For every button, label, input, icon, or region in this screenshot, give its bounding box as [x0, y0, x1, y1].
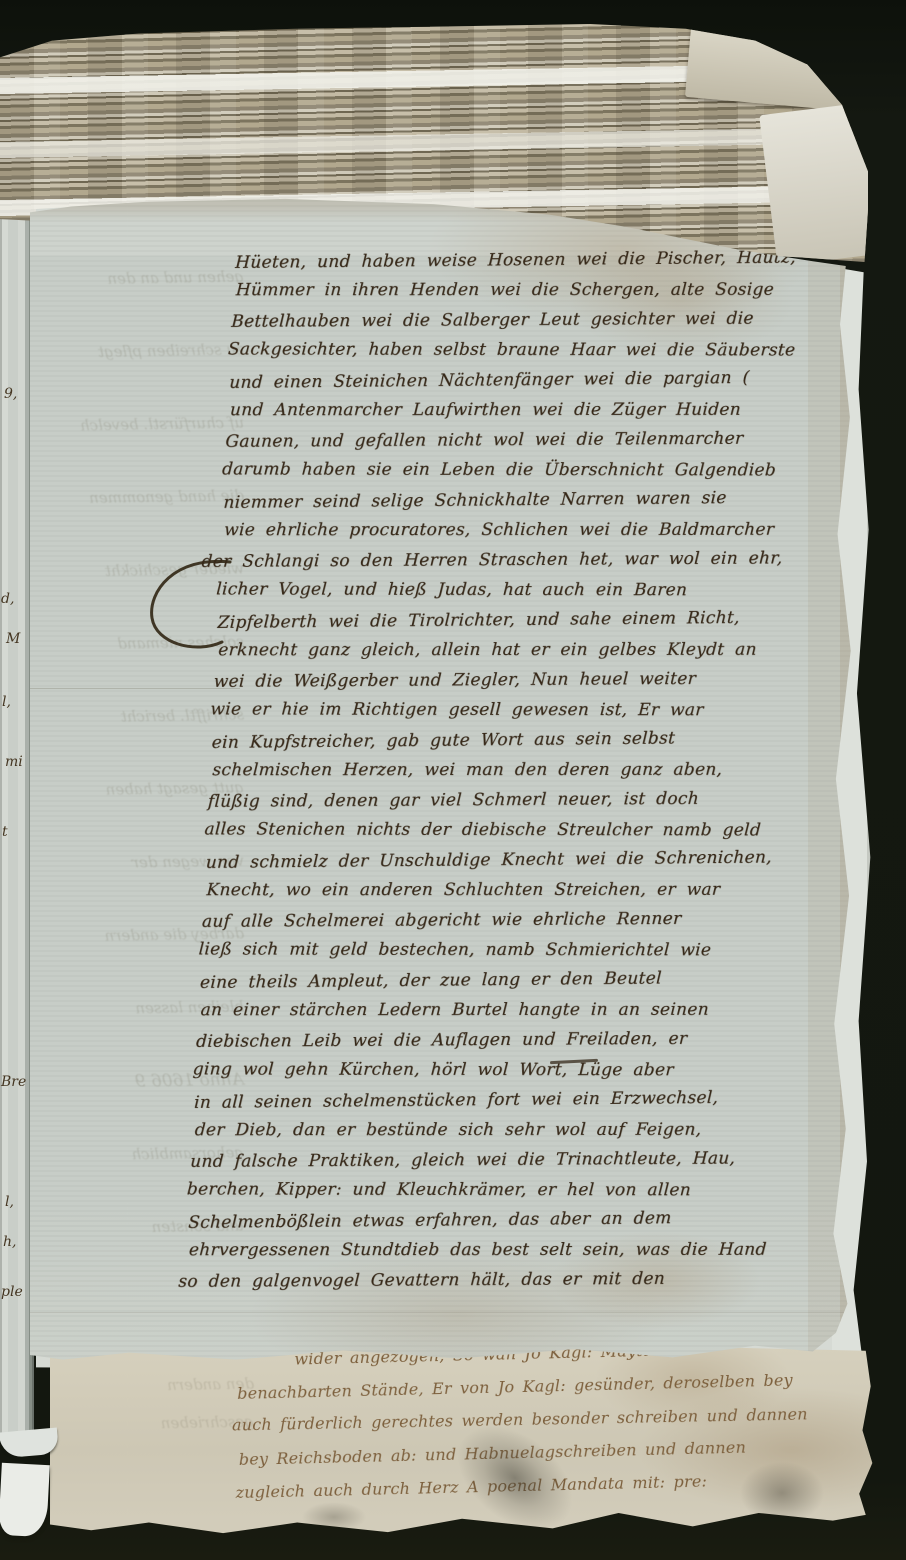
- manuscript-text-line: ließ sich mit geld bestechen, namb Schmi…: [198, 934, 812, 965]
- manuscript-text-line: wie er hie im Richtigen gesell gewesen i…: [210, 694, 824, 725]
- manuscript-text-line: und einen Steinichen Nächtenfänger wei d…: [229, 362, 843, 398]
- paper-crease: [30, 688, 240, 689]
- bottom-left-page-curls: [0, 1402, 72, 1552]
- manuscript-text-line: niemmer seind selige Schnickhalte Narren…: [223, 482, 837, 518]
- bleedthrough-line: geschrieben: [84, 1403, 255, 1444]
- manuscript-text-line: ein Kupfstreicher, gab gute Wort aus sei…: [211, 722, 825, 758]
- manuscript-text-line: licher Vogel, und hieß Judas, hat auch e…: [215, 574, 829, 605]
- lower-page: den anderngeschrieben wider angezogen, S…: [50, 1344, 874, 1536]
- manuscript-text-line: erknecht ganz gleich, allein hat er ein …: [217, 635, 831, 666]
- protruding-sheet: [759, 102, 889, 267]
- manuscript-text-line: ging wol gehn Kürchen, hörl wol Wort, Lü…: [192, 1054, 806, 1085]
- edge-ink-fragment: h,: [3, 1234, 16, 1250]
- manuscript-text-line: und schmielz der Unschuldige Knecht wei …: [205, 842, 819, 878]
- manuscript-text-line: auf alle Schelmerei abgericht wie ehrlic…: [201, 903, 815, 937]
- manuscript-text-line: in all seinen schelmenstücken fort wei e…: [193, 1082, 807, 1118]
- manuscript-text-line: Bettelhauben wei die Salberger Leut gesi…: [231, 303, 845, 337]
- edge-ink-fragment: mi: [5, 754, 23, 770]
- ink-smudge: [302, 1502, 366, 1532]
- edge-ink-fragment: d,: [1, 591, 14, 607]
- manuscript-text-line: Hümmer in ihren Henden wei die Schergen,…: [235, 275, 849, 306]
- manuscript-text-line: ehrvergessenen Stundtdieb das best selt …: [188, 1235, 802, 1266]
- manuscript-text-line: flüßig sind, denen gar viel Schmerl neue…: [207, 783, 821, 817]
- ink-smudge: [740, 1462, 824, 1524]
- manuscript-text-line: Zipfelberth wei die Tirolrichter, und sa…: [217, 602, 831, 638]
- manuscript-text-line: Schelmenbößlein etwas erfahren, das aber…: [188, 1202, 802, 1238]
- manuscript-text-block: Hüeten, und haben weise Hosenen wei die …: [185, 244, 848, 1296]
- bleedthrough-line: den andern: [84, 1365, 255, 1406]
- edge-ink-fragment: ple: [1, 1284, 23, 1300]
- lower-page-bleedthrough: den anderngeschrieben: [84, 1366, 254, 1442]
- manuscript-text-line: an einer stärchen Ledern Burtel hangte i…: [200, 995, 814, 1026]
- manuscript-text-line: schelmischen Herzen, wei man den deren g…: [212, 755, 826, 786]
- bleedthrough-line: gehen und an den: [57, 240, 244, 316]
- manuscript-text-line: der Schlangi so den Herren Straschen het…: [201, 543, 833, 577]
- manuscript-text-line: berchen, Kipper: und Kleuchkrämer, er he…: [186, 1174, 800, 1205]
- manuscript-text-line: alles Stenichen nichts der diebische Str…: [204, 814, 818, 845]
- manuscript-text-line: und Antenmarcher Laufwirthen wei die Züg…: [229, 395, 843, 426]
- manuscript-text-line: Gaunen, und gefallen nicht wol wei die T…: [225, 423, 839, 457]
- manuscript-text-line: der Dieb, dan er bestünde sich sehr wol …: [194, 1115, 808, 1146]
- paper-crease: [30, 1312, 854, 1313]
- edge-ink-fragment: l,: [5, 1194, 14, 1210]
- manuscript-photo: 9,d,Ml,mitBrel,h,ple den anderngeschrieb…: [0, 0, 906, 1560]
- bleedthrough-line: zu schreiben pflegt: [43, 313, 244, 389]
- edge-ink-fragment: M: [6, 631, 20, 647]
- edge-ink-fragment: l,: [2, 694, 11, 710]
- edge-ink-fragment: t: [2, 824, 8, 840]
- page-curl: [0, 1463, 50, 1537]
- edge-ink-fragment: Bre: [1, 1074, 26, 1090]
- left-page-edges: 9,d,Ml,mitBrel,h,ple: [0, 206, 34, 1438]
- manuscript-text-line: darumb haben sie ein Leben die Überschni…: [221, 454, 835, 485]
- manuscript-text-line: Knecht, wo ein anderen Schluchten Streic…: [206, 875, 820, 906]
- edge-ink-fragment: 9,: [4, 386, 17, 402]
- main-manuscript-page: 99 gehen und an denzu schreiben pflegtuf…: [30, 196, 854, 1362]
- protruding-sheet: [685, 21, 853, 111]
- bleedthrough-line: uf churfürstl. bevelch: [73, 387, 244, 463]
- manuscript-text-line: und falsche Praktiken, gleich wei die Tr…: [190, 1143, 804, 1177]
- manuscript-text-line: Sackgesichter, haben selbst braune Haar …: [227, 334, 841, 365]
- manuscript-text-line: eine theils Ampleut, der zue lang er den…: [199, 962, 813, 998]
- page-curl: [0, 1428, 59, 1459]
- manuscript-text-line: wei die Weißgerber und Ziegler, Nun heue…: [213, 663, 827, 697]
- manuscript-text-line: wie ehrliche procuratores, Schlichen wei…: [223, 515, 837, 546]
- manuscript-text-line: diebischen Leib wei die Auflagen und Fre…: [195, 1023, 809, 1057]
- manuscript-text-line: so den galgenvogel Gevattern hält, das e…: [178, 1263, 798, 1297]
- bleedthrough-line: die hand genommen: [43, 459, 244, 535]
